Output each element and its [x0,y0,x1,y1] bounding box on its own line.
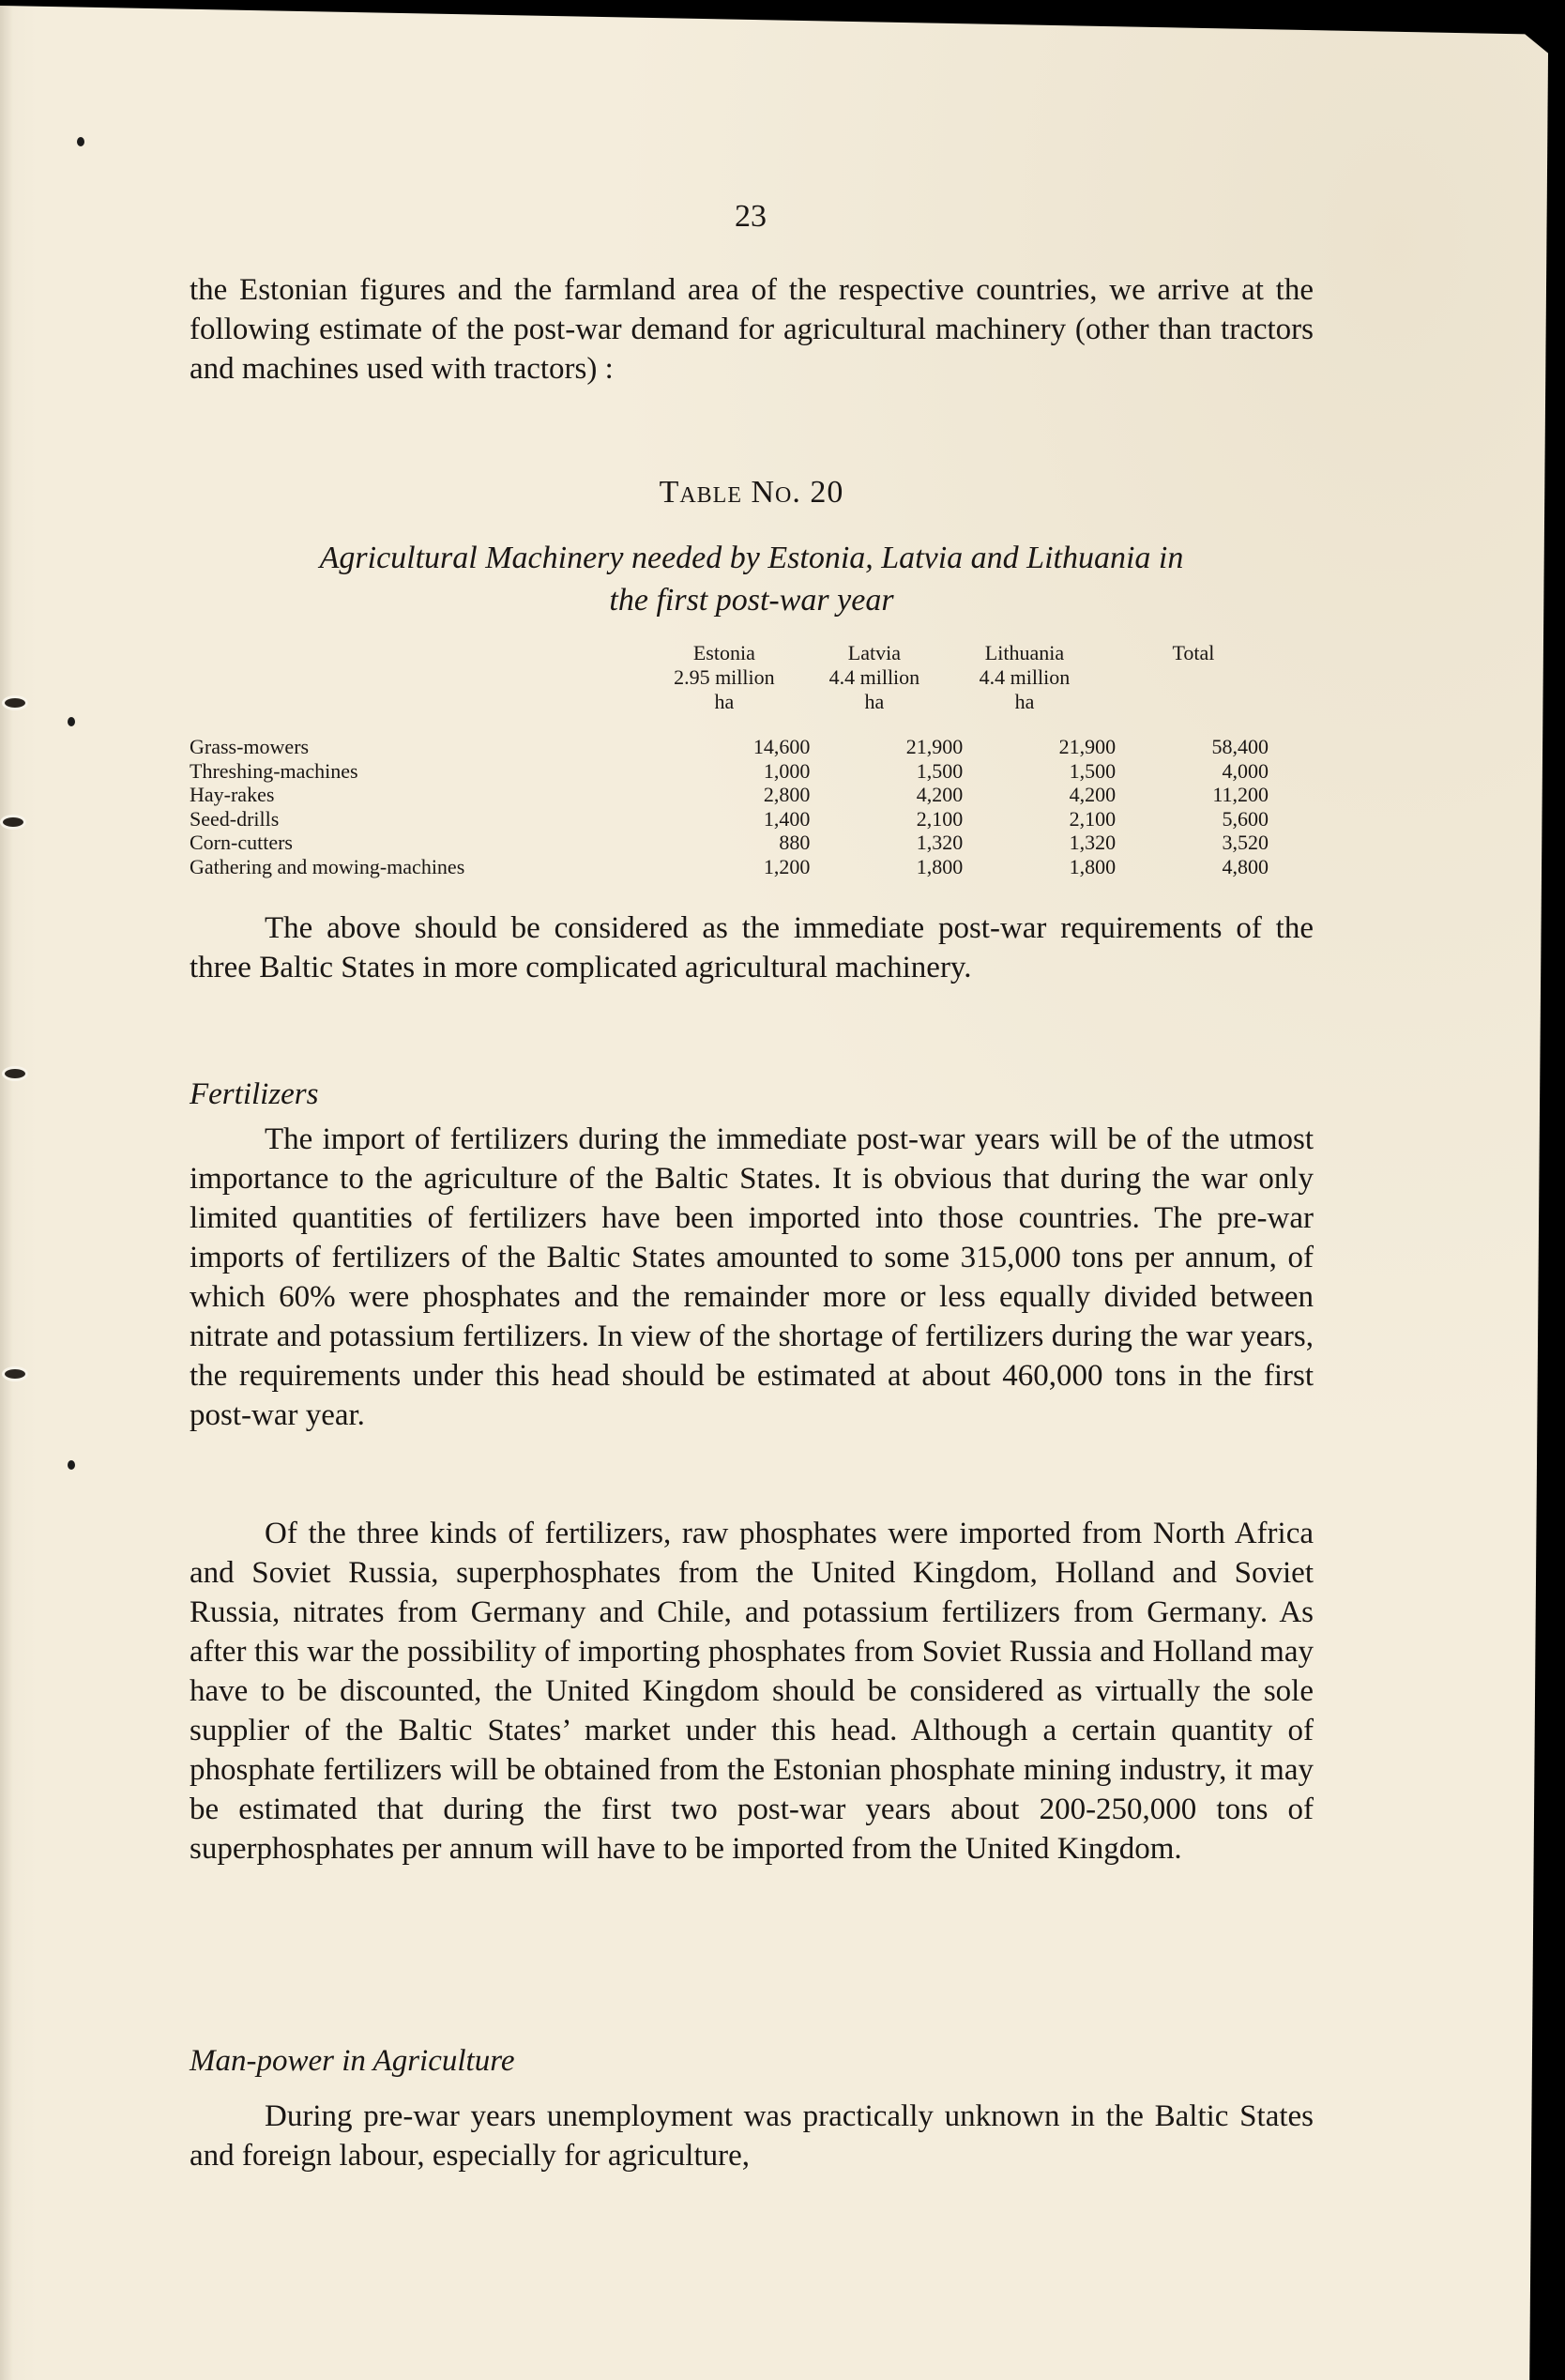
cell-lithuania: 1,320 [963,831,1116,855]
column-header-lithuania: Lithuania 4.4 million ha [950,641,1100,735]
cell-lithuania: 21,900 [963,735,1116,759]
column-header-latvia: Latvia 4.4 million ha [799,641,950,735]
column-header-estonia: Estonia 2.95 million ha [649,641,799,735]
cell-latvia: 1,320 [810,831,963,855]
cell-lithuania: 1,500 [963,759,1116,784]
cell-estonia: 1,200 [658,855,811,879]
table-caption-line: Agricultural Machinery needed by Estonia… [190,537,1314,579]
cell-total: 11,200 [1116,783,1269,807]
cell-lithuania: 4,200 [963,783,1116,807]
machinery-table: Estonia 2.95 million ha Latvia 4.4 milli… [190,641,1269,878]
binding-mark [2,1366,28,1381]
section-heading-manpower: Man-power in Agriculture [190,2044,514,2079]
cell-estonia: 2,800 [658,783,811,807]
column-area: 2.95 million [649,665,799,690]
ink-speck [77,137,84,146]
table-row: Corn-cutters 880 1,320 1,320 3,520 [190,831,1269,855]
intro-paragraph: the Estonian figures and the farmland ar… [190,270,1314,389]
binding-mark [0,815,26,830]
row-label: Grass-mowers [190,735,658,759]
cell-total: 4,000 [1116,759,1269,784]
fertilizers-paragraph-2: Of the three kinds of fertilizers, raw p… [190,1514,1314,1869]
column-unit: ha [799,690,950,714]
table-row: Grass-mowers 14,600 21,900 21,900 58,400 [190,735,1269,759]
binding-mark [2,1066,28,1081]
cell-total: 3,520 [1116,831,1269,855]
cell-estonia: 1,000 [658,759,811,784]
row-label: Seed-drills [190,807,658,831]
cell-lithuania: 1,800 [963,855,1116,879]
after-table-paragraph: The above should be considered as the im… [190,908,1314,987]
cell-total: 4,800 [1116,855,1269,879]
row-label: Gathering and mowing-machines [190,855,658,879]
cell-estonia: 1,400 [658,807,811,831]
section-heading-fertilizers: Fertilizers [190,1077,319,1112]
column-area: 4.4 million [799,665,950,690]
table-number: Table No. 20 [190,475,1314,511]
fertilizers-paragraph-1: The import of fertilizers during the imm… [190,1120,1314,1435]
cell-latvia: 2,100 [810,807,963,831]
column-area: 4.4 million [950,665,1100,690]
column-unit: ha [649,690,799,714]
table-header: Estonia 2.95 million ha Latvia 4.4 milli… [190,641,1269,735]
cell-lithuania: 2,100 [963,807,1116,831]
column-name: Lithuania [950,641,1100,665]
row-label: Hay-rakes [190,783,658,807]
cell-latvia: 4,200 [810,783,963,807]
column-name: Total [1118,641,1269,665]
header-spacer [190,641,649,735]
table-row: Hay-rakes 2,800 4,200 4,200 11,200 [190,783,1269,807]
ink-speck [68,717,75,726]
ink-speck [68,1460,75,1470]
row-label: Threshing-machines [190,759,658,784]
column-name: Estonia [649,641,799,665]
scanned-page: 23 the Estonian figures and the farmland… [0,6,1548,2380]
column-name: Latvia [799,641,950,665]
page-number: 23 [713,199,788,235]
table-row: Threshing-machines 1,000 1,500 1,500 4,0… [190,759,1269,784]
cell-latvia: 1,500 [810,759,963,784]
manpower-paragraph-1: During pre-war years unemployment was pr… [190,2097,1314,2175]
cell-estonia: 880 [658,831,811,855]
table-row: Seed-drills 1,400 2,100 2,100 5,600 [190,807,1269,831]
cell-estonia: 14,600 [658,735,811,759]
cell-total: 5,600 [1116,807,1269,831]
cell-total: 58,400 [1116,735,1269,759]
column-unit: ha [950,690,1100,714]
table-caption: Agricultural Machinery needed by Estonia… [190,537,1314,621]
row-label: Corn-cutters [190,831,658,855]
table-caption-line: the first post-war year [190,579,1314,621]
cell-latvia: 21,900 [810,735,963,759]
cell-latvia: 1,800 [810,855,963,879]
table-row: Gathering and mowing-machines 1,200 1,80… [190,855,1269,879]
binding-mark [2,695,28,710]
column-header-total: Total [1100,641,1269,735]
